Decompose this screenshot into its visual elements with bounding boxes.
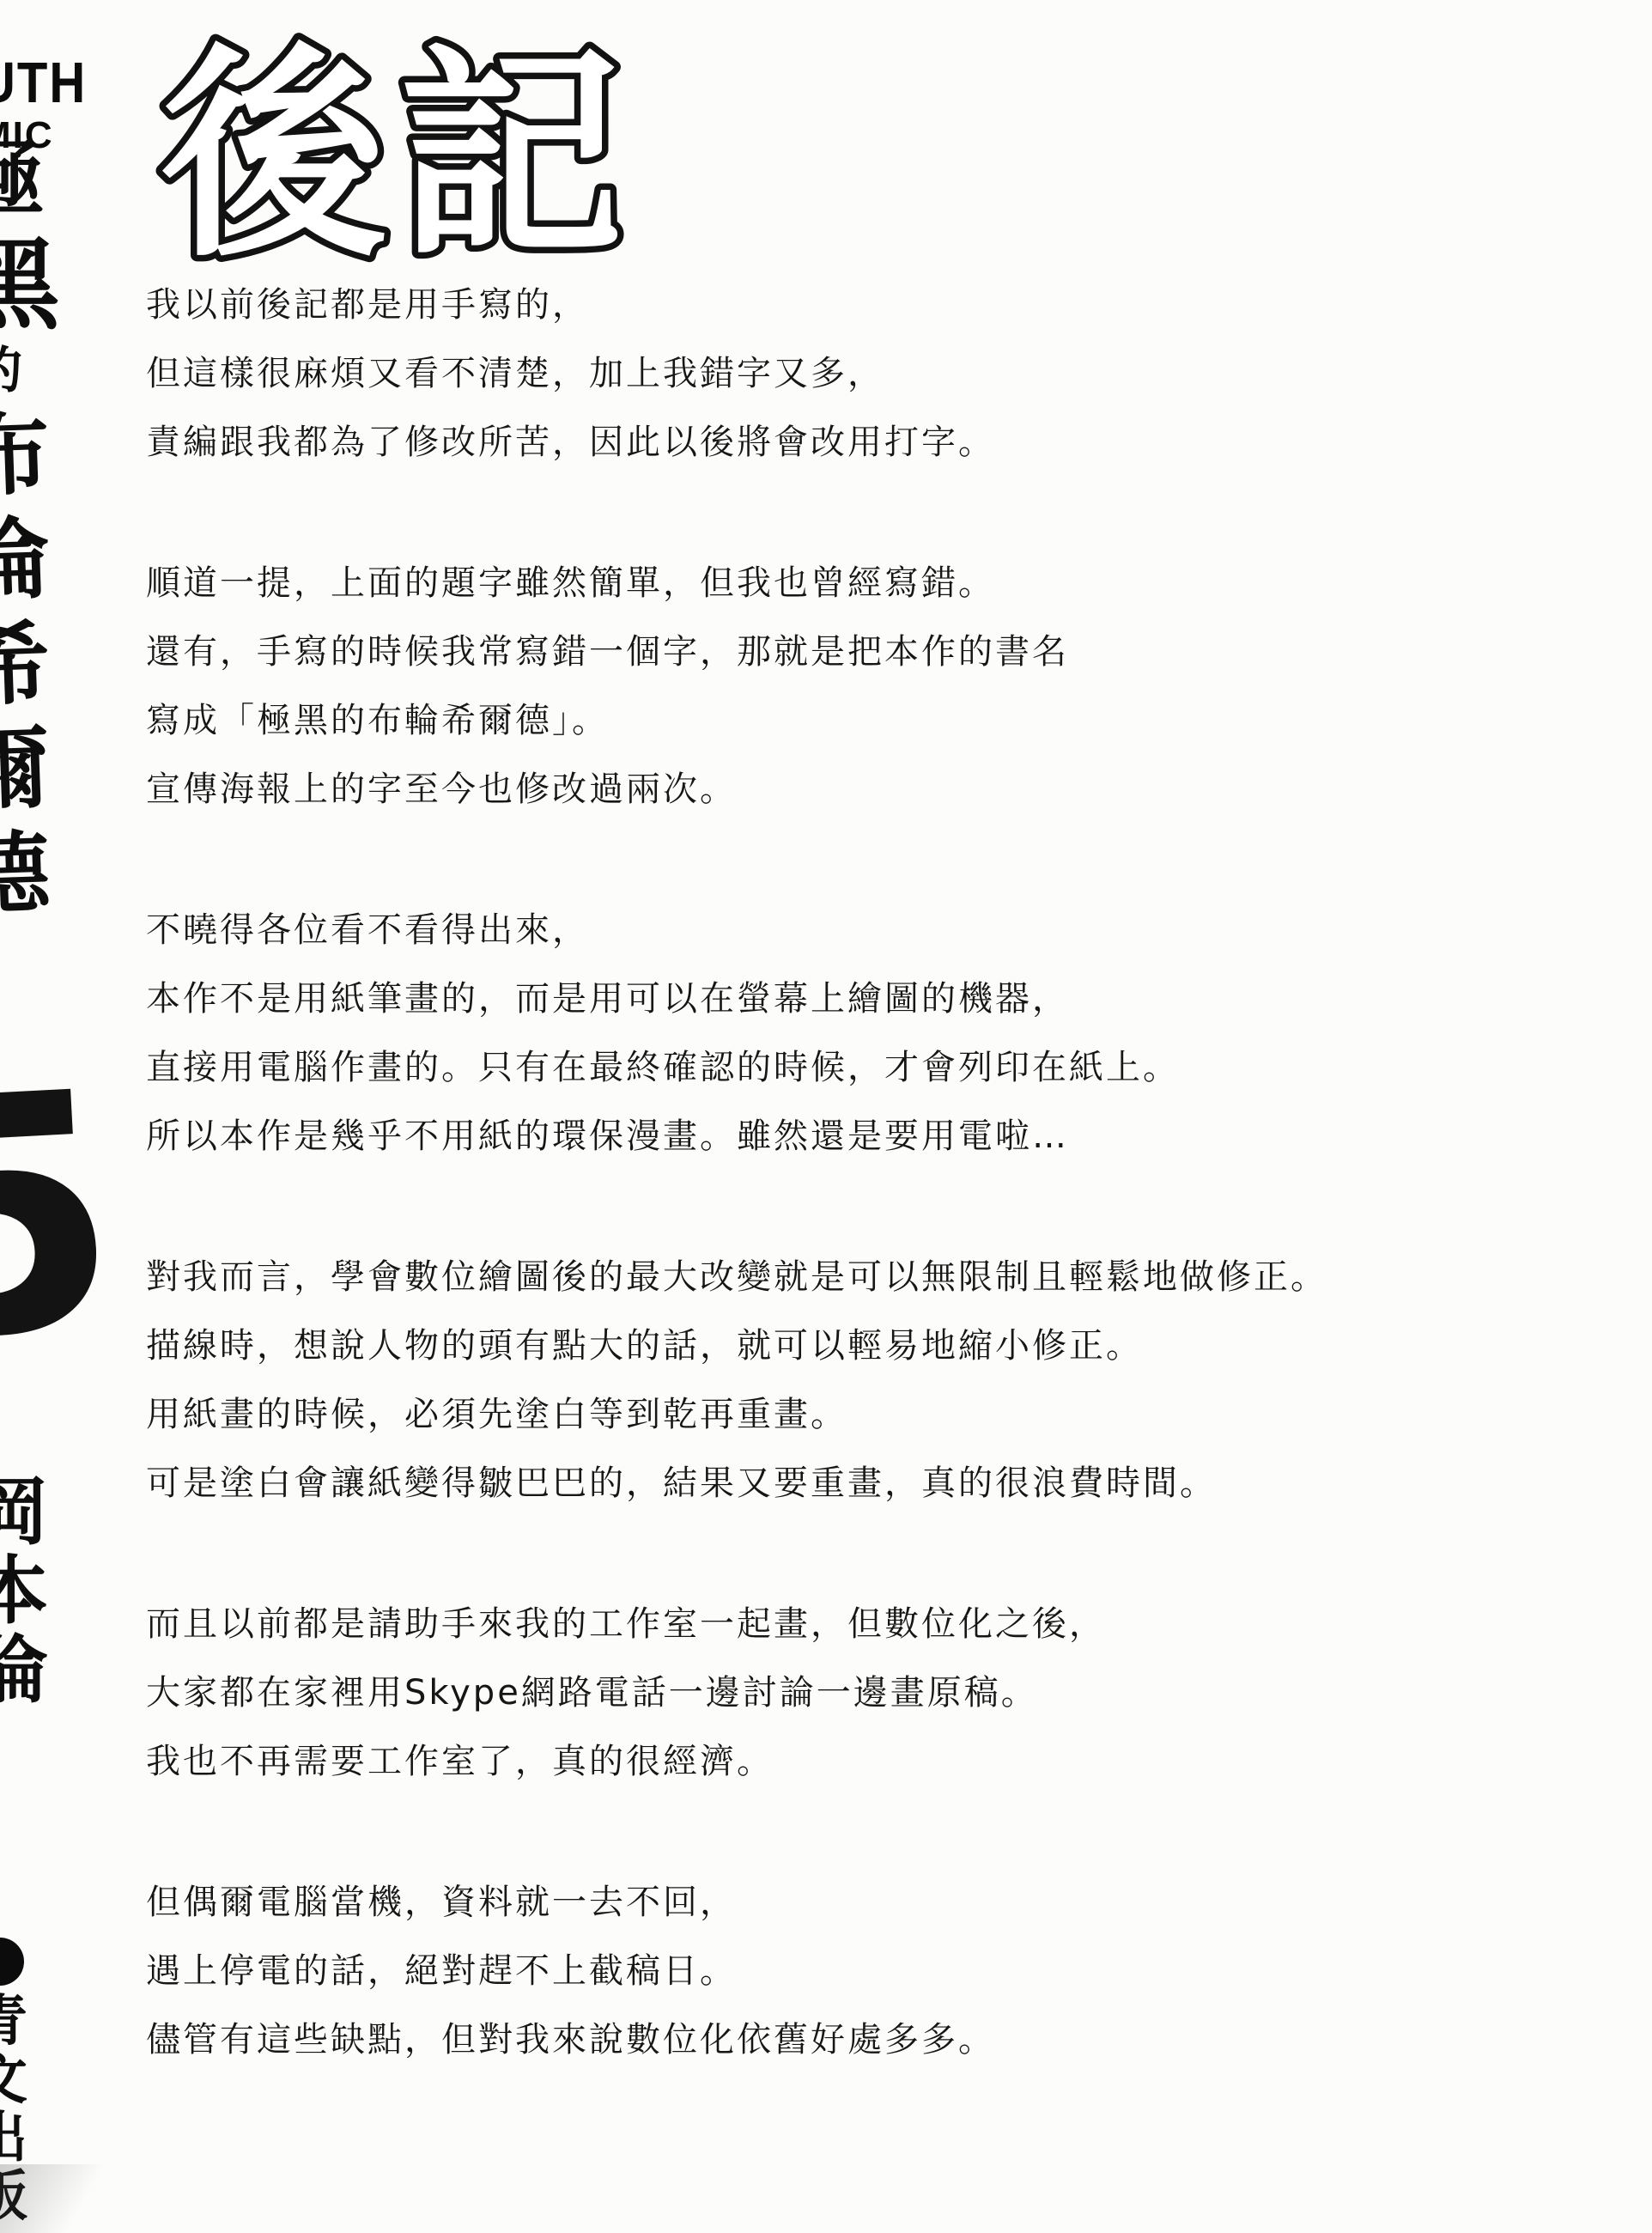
series-title-vertical: 極黑的布倫希爾德 [0,137,60,919]
paragraph: 順道一提，上面的題字雖然簡單，但我也曾經寫錯。還有，手寫的時候我常寫錯一個字，那… [146,549,1623,824]
paragraph: 而且以前都是請助手來我的工作室一起畫，但數位化之後，大家都在家裡用Skype網路… [146,1590,1623,1796]
spine-char: 版 [0,2169,27,2224]
volume-number: 5 [0,1049,125,1386]
text-line: 可是塗白會讓紙變得皺巴巴的，結果又要重畫，真的很浪費時間。 [146,1449,1623,1518]
text-line: 責編跟我都為了修改所苦，因此以後將會改用打字。 [146,408,1623,477]
text-line: 本作不是用紙筆畫的，而是用可以在螢幕上繪圖的機器， [146,964,1623,1033]
text-line: 但偶爾電腦當機，資料就一去不回， [146,1868,1623,1937]
text-line: 遇上停電的話，絕對趕不上截稿日。 [146,1937,1623,2005]
spine-char: 文 [0,2053,27,2108]
text-line: 而且以前都是請助手來我的工作室一起畫，但數位化之後， [146,1590,1623,1658]
paragraph: 但偶爾電腦當機，資料就一去不回，遇上停電的話，絕對趕不上截稿日。儘管有這些缺點，… [146,1868,1623,2074]
text-line: 不曉得各位看不看得出來， [146,896,1623,964]
spine-char: 本 [0,1555,48,1628]
paragraph: 對我而言，學會數位繪圖後的最大改變就是可以無限制且輕鬆地做修正。描線時，想說人物… [146,1243,1623,1518]
logo-text-fragment: UTH [0,55,87,113]
text-line: 我也不再需要工作室了，真的很經濟。 [146,1727,1623,1796]
spine-char: 希 [0,618,52,711]
spine-char: 倫 [0,1634,48,1707]
text-line: 用紙畫的時候，必須先塗白等到乾再重畫。 [146,1380,1623,1449]
spine-char: 黑 [0,235,60,335]
spine-char: 岡 [0,1475,48,1549]
text-line: 描線時，想說人物的頭有點大的話，就可以輕易地縮小修正。 [146,1311,1623,1380]
spine-char: 青 [0,1994,27,2049]
afterword-heading: 後記 [155,12,670,299]
spine-char: 極 [0,137,45,222]
spine-char: 出 [0,2111,27,2166]
author-name-vertical: 岡本倫 [0,1470,48,1707]
text-line: 順道一提，上面的題字雖然簡單，但我也曾經寫錯。 [146,549,1623,618]
spine-char: 德 [0,828,52,921]
afterword-body: 我以前後記都是用手寫的，但這樣很麻煩又看不清楚，加上我錯字又多，責編跟我都為了修… [146,271,1623,2146]
text-line: 我以前後記都是用手寫的， [146,271,1623,339]
spine-char: 的 [0,345,22,395]
text-line: 直接用電腦作畫的。只有在最終確認的時候，才會列印在紙上。 [146,1033,1623,1102]
text-line: 大家都在家裡用Skype網路電話一邊討論一邊畫原稿。 [146,1658,1623,1727]
text-line: 還有，手寫的時候我常寫錯一個字，那就是把本作的書名 [146,618,1623,686]
paragraph: 不曉得各位看不看得出來，本作不是用紙筆畫的，而是用可以在螢幕上繪圖的機器，直接用… [146,896,1623,1171]
publisher-name-vertical: 青文出版 [0,1991,27,2224]
text-line: 所以本作是幾乎不用紙的環保漫畫。雖然還是要用電啦… [146,1102,1623,1171]
text-line: 但這樣很麻煩又看不清楚，加上我錯字又多， [146,339,1623,408]
paragraph: 我以前後記都是用手寫的，但這樣很麻煩又看不清楚，加上我錯字又多，責編跟我都為了修… [146,271,1623,477]
text-line: 寫成「極黑的布輪希爾德」。 [146,686,1623,755]
spine-char: 布 [0,409,52,502]
afterword-heading-art: 後記 [155,12,670,295]
text-line: 對我而言，學會數位繪圖後的最大改變就是可以無限制且輕鬆地做修正。 [146,1243,1623,1311]
text-line: 宣傳海報上的字至今也修改過兩次。 [146,755,1623,824]
afterword-heading-text: 後記 [161,25,635,287]
text-line: 儘管有這些缺點，但對我來說數位化依舊好處多多。 [146,2005,1623,2074]
spine-char: 爾 [0,723,52,816]
spine-char: 倫 [0,514,52,606]
publisher-logo-icon [0,1938,24,1986]
book-spine: UTH MIC 極黑的布倫希爾德 5 岡本倫 青文出版 [0,0,129,2233]
